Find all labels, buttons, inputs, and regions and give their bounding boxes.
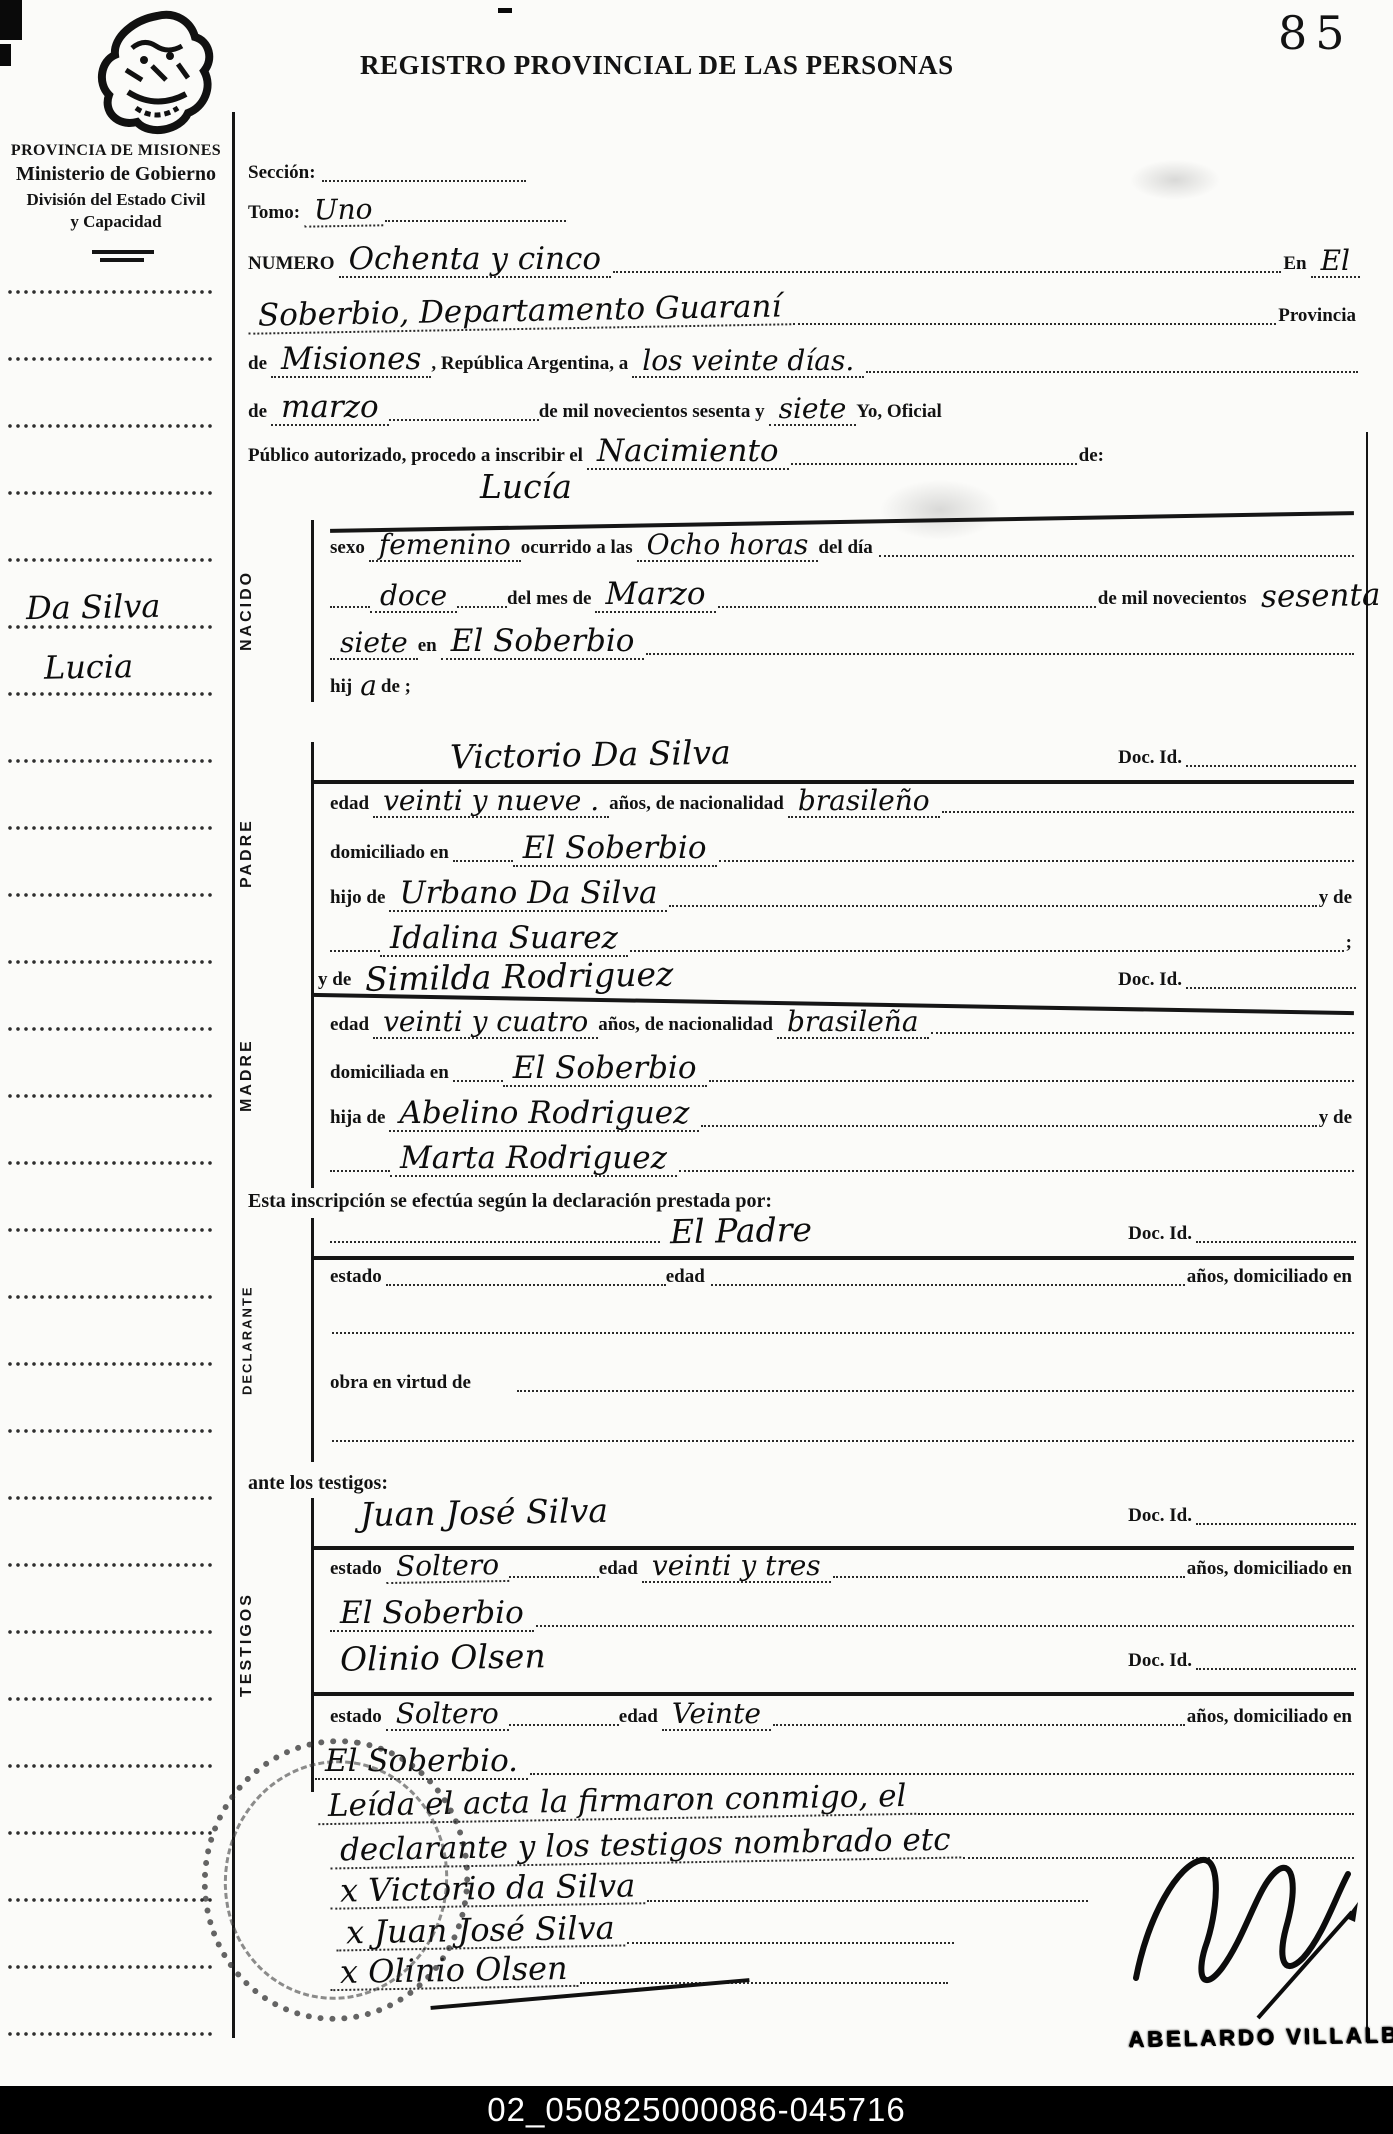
nacido-lugar-row: siete en El Soberbio (330, 626, 1356, 660)
testigo1-nombre-row: Juan José Silva Doc. Id. (330, 1496, 1356, 1530)
dia-value: doce (370, 582, 457, 613)
testigo1-nombre: Juan José Silva (350, 1494, 619, 1532)
t1-estado: Soltero (385, 1551, 509, 1584)
nacido-hijo-row: hij a de ; (330, 672, 630, 701)
padre-punto-label: ; (1346, 932, 1356, 957)
padre-edad: veinti y nueve . (373, 787, 609, 818)
testigo2-nombre-row: Olinio Olsen Doc. Id. (330, 1641, 1356, 1675)
padre-domicilio: El Soberbio (513, 833, 717, 867)
madre-nombre-row: y de Similda Rodriguez Doc. Id. (318, 960, 1356, 994)
cierre-linea1-row: Leída el acta la firmaron conmigo, el (318, 1786, 1356, 1820)
obra-label: obra en virtud de (330, 1372, 475, 1397)
testigo1-dom-row: El Soberbio (330, 1598, 1356, 1632)
madre-abuelo: Abelino Rodriguez (389, 1098, 699, 1132)
hijo-label: hij (330, 676, 356, 701)
padre-abuelo-row: hijo de Urbano Da Silva y de (330, 878, 1356, 912)
t2-edad-label: edad (619, 1706, 662, 1731)
tomo-label: Tomo: (248, 202, 304, 227)
yo-label: Yo, Oficial (856, 401, 946, 426)
section-label-madre: MADRE (234, 963, 260, 1188)
official-signature (1106, 1816, 1370, 2041)
seccion-label: Sección: (248, 162, 320, 187)
t1-edad-label: edad (599, 1558, 642, 1583)
madre-dom-row: domiciliada en El Soberbio (330, 1053, 1356, 1087)
testigo2-dom-row: El Soberbio. (315, 1746, 1356, 1780)
padre-nacionalidad: brasileño (788, 787, 940, 818)
anio-value: siete (769, 395, 857, 426)
novecientos-label: de mil novecientos (1098, 588, 1251, 613)
anio2-value: siete (330, 629, 418, 660)
place-value: Soberbio, Departamento Guaraní (248, 291, 792, 334)
nombre-row: Lucía (470, 470, 582, 504)
mes-value: marzo (271, 392, 389, 426)
numero-label: NUMERO (248, 253, 339, 278)
madre-nacionalidad: brasileña (777, 1008, 929, 1039)
acto-row: Público autorizado, procedo a inscribir … (248, 436, 1108, 470)
sexo-label: sexo (330, 537, 369, 562)
padre-dom-row: domiciliado en El Soberbio (330, 833, 1356, 867)
madre-edad: veinti y cuatro (373, 1008, 598, 1039)
provincia-value: Misiones (271, 344, 431, 378)
hijo-hw: a (356, 672, 381, 701)
section-bracket (311, 742, 314, 964)
mes-label: del mes de (507, 588, 595, 613)
provincia-row: de Misiones , República Argentina, a los… (248, 344, 1360, 378)
padre-yde-label: y de (1319, 887, 1356, 912)
page-title: REGISTRO PROVINCIAL DE LAS PERSONAS (360, 50, 900, 81)
provincial-seal-icon (92, 8, 222, 149)
margin-name-line1: Da Silva (26, 587, 161, 627)
declarante-obra-row: obra en virtud de (330, 1372, 1356, 1397)
madre-nac-label: años, de nacionalidad (598, 1014, 777, 1039)
nombre-inscripto: Lucía (470, 470, 582, 504)
padre-edad-label: edad (330, 793, 373, 818)
dias-value: los veinte días. (632, 347, 864, 378)
letterhead-ministry: Ministerio de Gobierno (0, 163, 232, 186)
madre-yde2-label: y de (1319, 1107, 1356, 1132)
t1-anios-label: años, domiciliado en (1187, 1558, 1356, 1583)
scanned-birth-certificate: 85 REGISTRO PROVINCIAL DE LAS PERSONAS P… (0, 0, 1393, 2134)
declarante-blank-row2 (330, 1438, 1356, 1447)
en-label: En (1283, 253, 1310, 278)
padre-nac-label: años, de nacionalidad (609, 793, 788, 818)
numero-row: NUMERO Ochenta y cinco En El (248, 244, 1360, 278)
page-number: 85 (1278, 6, 1353, 60)
nacido-sexo-row: sexo femenino ocurrido a las Ocho horas … (330, 531, 1356, 562)
madre-abuela: Marta Rodriguez (390, 1143, 677, 1177)
letterhead: PROVINCIA DE MISIONES Ministerio de Gobi… (0, 142, 232, 232)
t1-domicilio: El Soberbio (330, 1598, 534, 1632)
letterhead-province: PROVINCIA DE MISIONES (0, 142, 232, 160)
madre-dom-label: domiciliada en (330, 1062, 453, 1087)
republica-label: , República Argentina, a (431, 353, 632, 378)
ocurrido-label: ocurrido a las (521, 537, 637, 562)
section-rule (311, 1692, 1354, 1696)
de2-label: de (248, 401, 271, 426)
t1-estado-label: estado (330, 1558, 386, 1583)
letterhead-division2: y Capacidad (0, 212, 232, 232)
testigo2-estado-row: estado Soltero edad Veinte años, domicil… (330, 1700, 1356, 1731)
madre-domicilio: El Soberbio (503, 1053, 707, 1087)
testigo2-nombre: Olinio Olsen (330, 1639, 556, 1677)
letterhead-division: División del Estado Civil (0, 190, 232, 210)
tomo-row: Tomo: Uno (248, 196, 568, 227)
place-row: Soberbio, Departamento Guaraní Provincia (248, 296, 1360, 330)
t2-edad: Veinte (662, 1700, 771, 1731)
section-rule (311, 1256, 1354, 1260)
madre-doc-label: Doc. Id. (1118, 969, 1186, 994)
de3-label: de: (1079, 445, 1108, 470)
section-label-padre: PADRE (234, 742, 260, 964)
padre-nombre-row: Victorio Da Silva Doc. Id. (330, 738, 1356, 772)
tomo-value: Uno (304, 195, 383, 227)
margin-name-line2: Lucia (44, 647, 134, 687)
madre-yde-label: y de (318, 969, 355, 994)
mes-nac-value: Marzo (595, 579, 715, 613)
acto-value: Nacimiento (587, 436, 789, 470)
anio1-value: sesenta (1250, 580, 1390, 614)
nacido-fecha-row: doce del mes de Marzo de mil novecientos… (330, 579, 1390, 613)
padre-hijo-label: hijo de (330, 887, 389, 912)
section-label-nacido: NACIDO (234, 520, 260, 700)
seccion-row: Sección: (248, 162, 528, 187)
official-stamp-name: ABELARDO VILLALBA (1128, 2021, 1393, 2052)
hora-value: Ocho horas (637, 531, 819, 562)
testigo2-doc-label: Doc. Id. (1128, 1650, 1196, 1675)
anio-label: de mil novecientos sesenta y (539, 401, 769, 426)
sexo-value: femenino (369, 531, 521, 562)
declarante-nombre-row: El Padre Doc. Id. (330, 1214, 1356, 1248)
testigo1-doc-label: Doc. Id. (1128, 1505, 1196, 1530)
padre-abuelo: Urbano Da Silva (389, 878, 667, 912)
de-label: de (248, 353, 271, 378)
en-value: El (1311, 247, 1360, 278)
declarante-nombre: El Padre (660, 1213, 823, 1249)
en-nac-label: en (418, 635, 441, 660)
madre-edad-label: edad (330, 1014, 373, 1039)
madre-edad-row: edad veinti y cuatro años, de nacionalid… (330, 1008, 1356, 1039)
madre-abuelo-row: hija de Abelino Rodriguez y de (330, 1098, 1356, 1132)
section-label-declarante: DECLARANTE (234, 1218, 260, 1462)
footer-bar: 02_050825000086-045716 (0, 2086, 1393, 2134)
t2-estado-label: estado (330, 1706, 386, 1731)
padre-abuela: Idalina Suarez (380, 923, 628, 957)
testigo1-estado-row: estado Soltero edad veinti y tres años, … (330, 1552, 1356, 1583)
scan-artifact (0, 44, 11, 66)
t2-anios-label: años, domiciliado en (1187, 1706, 1356, 1731)
t1-edad: veinti y tres (642, 1552, 831, 1583)
declarante-estado-row: estado edad años, domiciliado en (330, 1266, 1356, 1291)
madre-hija-label: hija de (330, 1107, 389, 1132)
padre-abuela-row: Idalina Suarez ; (330, 923, 1356, 957)
lugar-value: El Soberbio (441, 626, 645, 660)
madre-nombre: Similda Rodriguez (355, 957, 684, 996)
section-bracket (311, 520, 314, 702)
publico-label: Público autorizado, procedo a inscribir … (248, 445, 587, 470)
declarante-edad-label: edad (666, 1266, 709, 1291)
scan-artifact (498, 8, 512, 13)
hijo-de-label: de ; (381, 676, 415, 701)
padre-edad-row: edad veinti y nueve . años, de nacionali… (330, 787, 1356, 818)
mes-row: de marzo de mil novecientos sesenta y si… (248, 392, 1360, 426)
padre-doc-label: Doc. Id. (1118, 747, 1186, 772)
section-label-testigos: TESTIGOS (234, 1498, 260, 1792)
declarante-doc-label: Doc. Id. (1128, 1223, 1196, 1248)
dia-label: del día (818, 537, 876, 562)
madre-abuela-row: Marta Rodriguez (330, 1143, 1356, 1177)
t2-estado: Soltero (386, 1700, 509, 1731)
declarante-estado-label: estado (330, 1266, 386, 1291)
declarante-anios-label: años, domiciliado en (1187, 1266, 1356, 1291)
footer-code: 02_050825000086-045716 (487, 2091, 905, 2129)
main-right-border (1366, 432, 1368, 2036)
padre-nombre: Victorio Da Silva (440, 735, 741, 774)
margin-ruled-lines (6, 232, 216, 2042)
numero-value: Ochenta y cinco (339, 244, 611, 278)
section-bracket (311, 1218, 314, 1462)
padre-dom-label: domiciliado en (330, 842, 453, 867)
scan-smudge (1130, 160, 1220, 200)
provincia-label: Provincia (1278, 305, 1360, 330)
declarante-blank-row (330, 1330, 1356, 1339)
scan-artifact (0, 0, 22, 40)
